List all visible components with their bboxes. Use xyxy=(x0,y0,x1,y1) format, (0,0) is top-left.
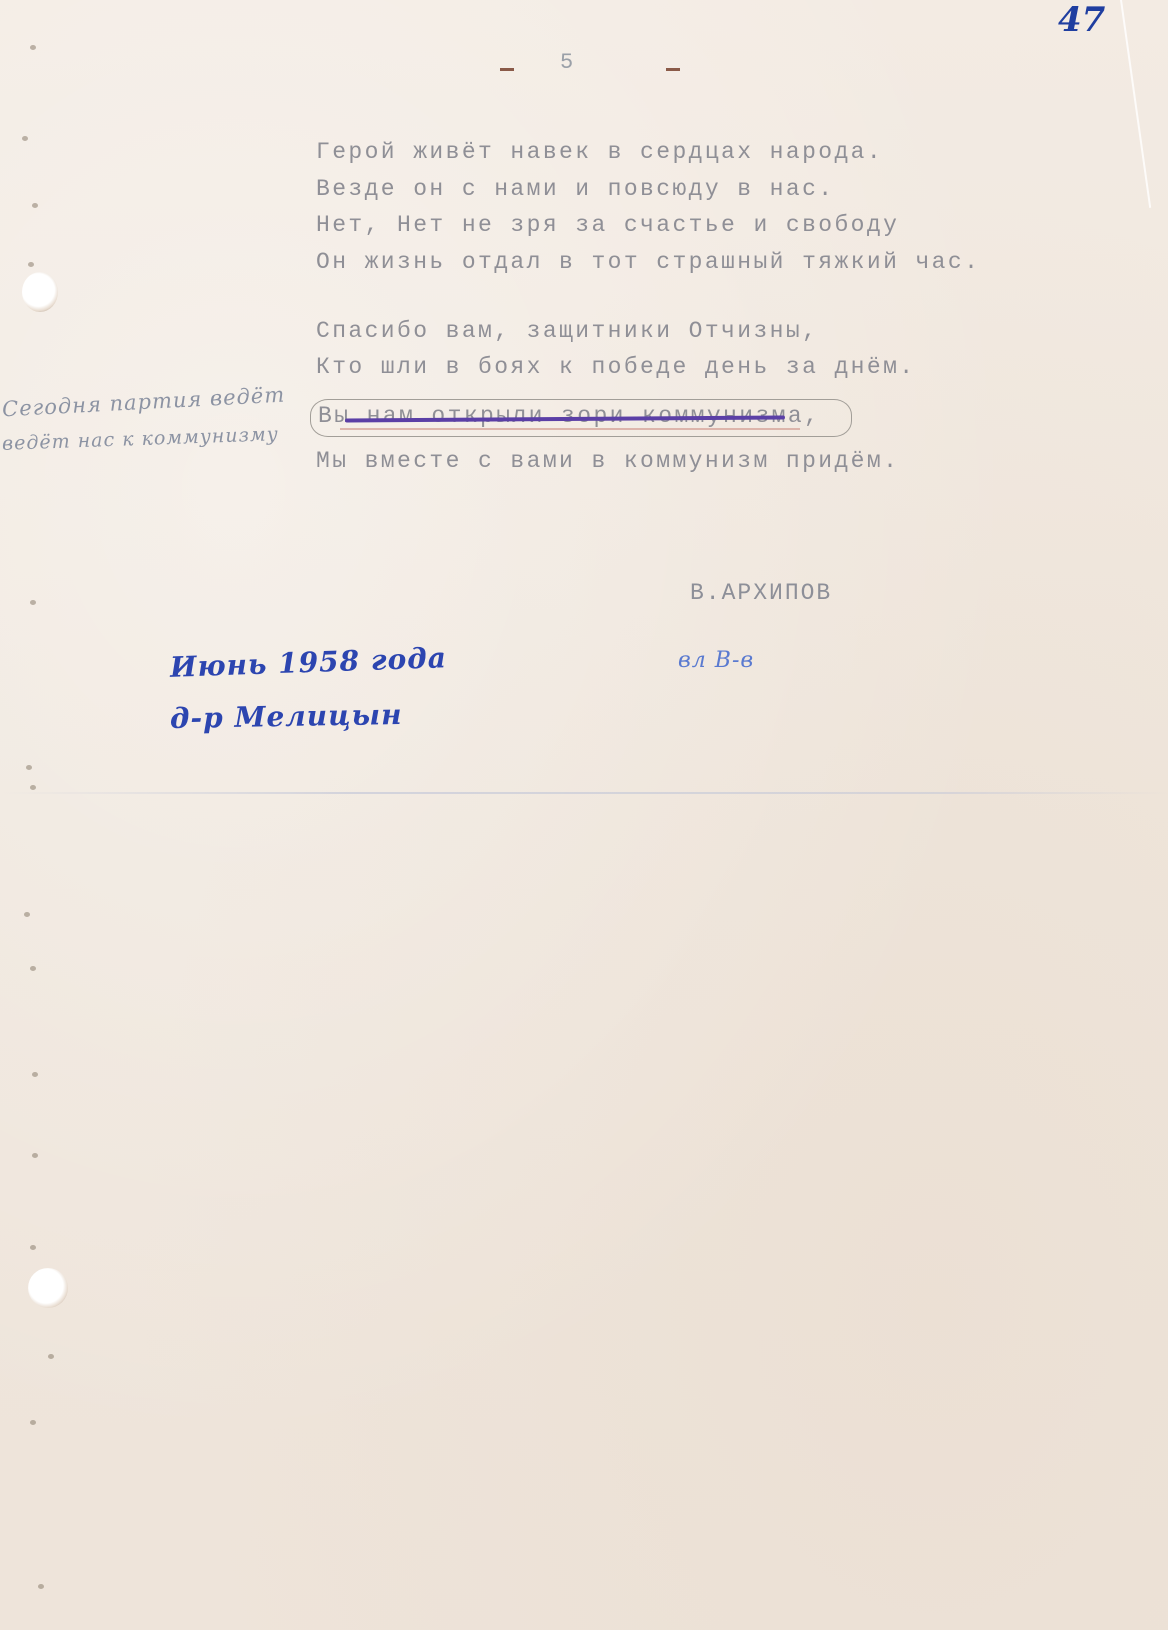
poem-line: Везде он с нами и повсюду в нас. xyxy=(316,178,834,201)
punch-mark-icon xyxy=(38,1584,44,1589)
archive-folio-number: 47 xyxy=(1058,0,1105,40)
punch-mark-icon xyxy=(30,966,36,971)
page-number: 5 xyxy=(560,50,573,75)
poem-line: Герой живёт навек в сердцах народа. xyxy=(316,141,883,164)
punch-mark-icon xyxy=(30,785,36,790)
binder-hole-icon xyxy=(28,1268,68,1308)
poem-line: Мы вместе с вами в коммунизм придём. xyxy=(316,450,899,473)
document-page: 47 5 Герой живёт навек в сердцах народа.… xyxy=(0,0,1168,1630)
poem-line: Он жизнь отдал в тот страшный тяжкий час… xyxy=(316,251,980,274)
page-number-dash-right xyxy=(666,68,680,71)
punch-mark-icon xyxy=(30,600,36,605)
poem-line: Нет, Нет не зря за счастье и свободу xyxy=(316,214,899,237)
punch-mark-icon xyxy=(30,45,36,50)
handwritten-signature: д-р Мелицын xyxy=(170,698,403,735)
punch-mark-icon xyxy=(30,1420,36,1425)
pencil-underline xyxy=(340,428,800,430)
poem-line: Кто шли в боях к победе день за днём. xyxy=(316,356,915,379)
margin-note-line-2: ведёт нас к коммунизму xyxy=(2,423,279,455)
handwritten-date: Июнь 1958 года xyxy=(170,641,448,684)
punch-mark-icon xyxy=(32,203,38,208)
punch-mark-icon xyxy=(26,765,32,770)
page-number-dash-left xyxy=(500,68,514,71)
author-name: В.АРХИПОВ xyxy=(690,580,832,606)
punch-mark-icon xyxy=(32,1072,38,1077)
author-handwritten-initials: вл В-в xyxy=(678,648,754,673)
binder-hole-icon xyxy=(22,272,58,312)
punch-mark-icon xyxy=(48,1354,54,1359)
paper-fold-line xyxy=(0,792,1168,794)
punch-mark-icon xyxy=(32,1153,38,1158)
punch-mark-icon xyxy=(22,136,28,141)
paper-crease xyxy=(1120,0,1151,208)
margin-note-line-1: Сегодня партия ведёт xyxy=(2,383,286,422)
punch-mark-icon xyxy=(28,262,34,267)
poem-line: Спасибо вам, защитники Отчизны, xyxy=(316,320,818,343)
punch-mark-icon xyxy=(24,912,30,917)
punch-mark-icon xyxy=(30,1245,36,1250)
